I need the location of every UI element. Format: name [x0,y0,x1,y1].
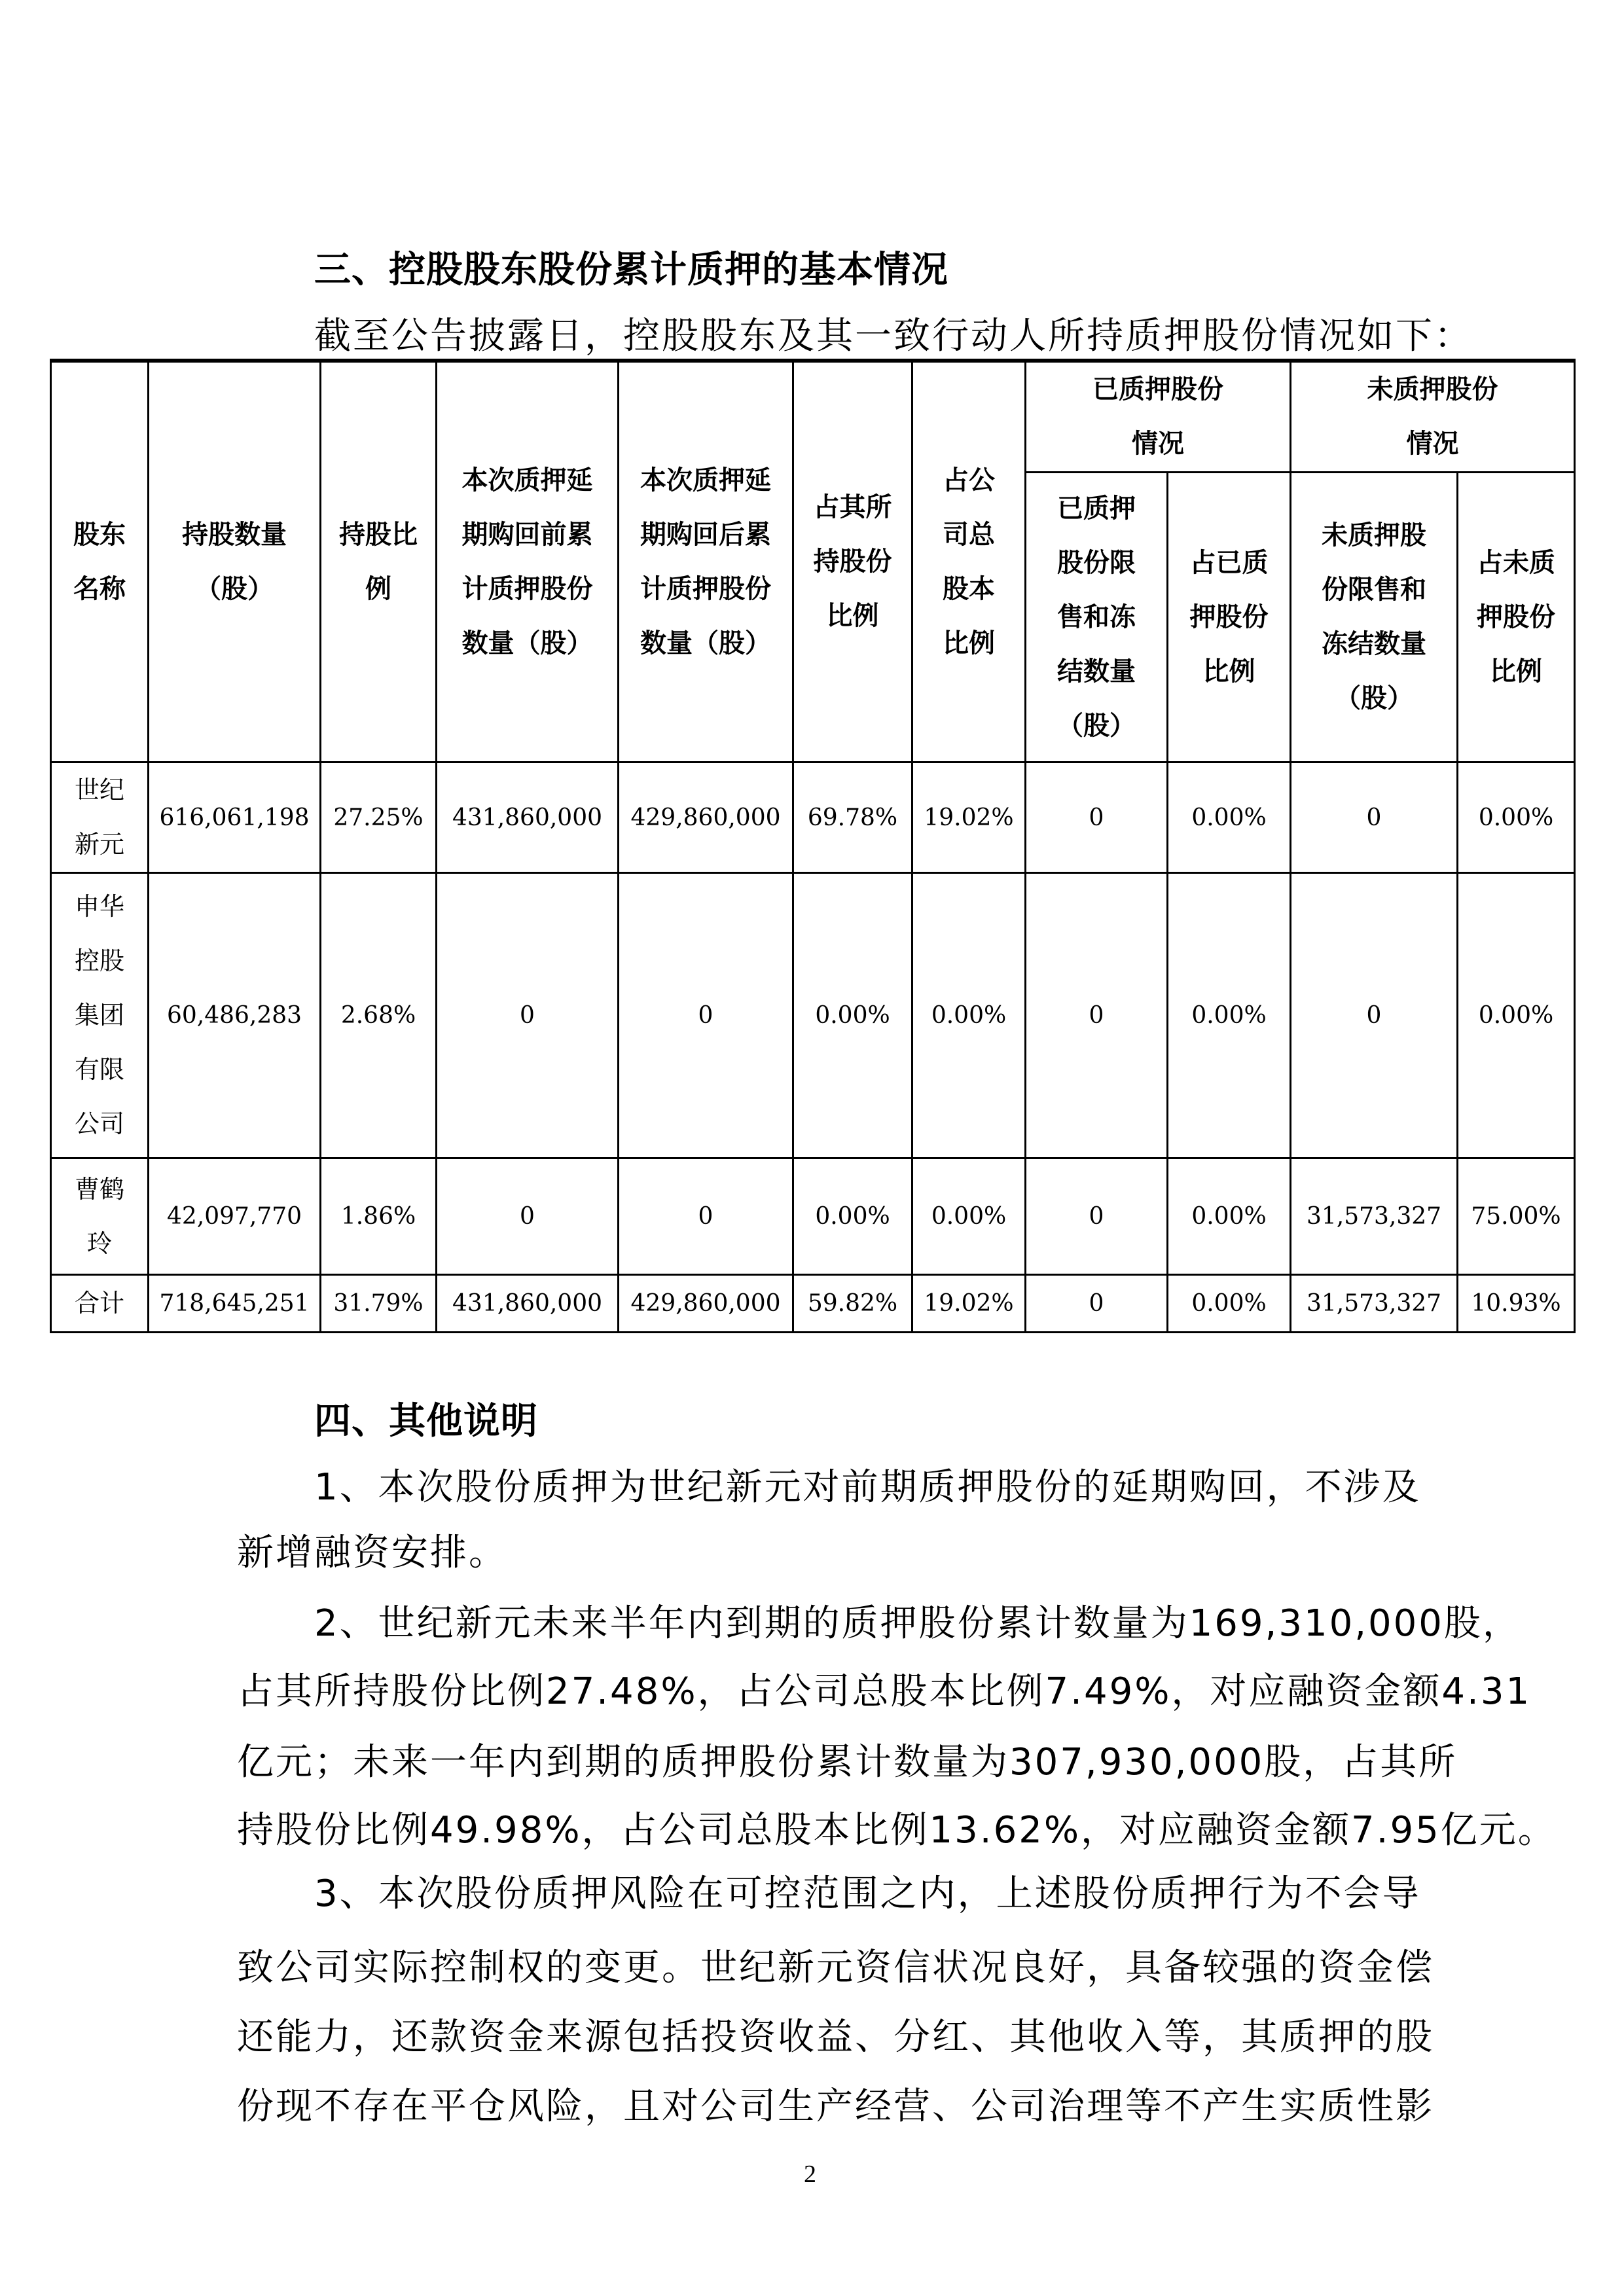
cell-unpledged-restricted: 31,573,327 [1291,1275,1458,1333]
cell-pct-of-total: 0.00% [912,873,1026,1158]
cell-pledged-ratio: 0.00% [1168,873,1291,1158]
header-pledged-before: 本次质押延期购回前累计质押股份数量（股） [437,361,619,762]
cell-pledged-before: 0 [437,873,619,1158]
header-pledged-group: 已质押股份情况 [1026,361,1291,473]
header-unpledged-ratio: 占未质押股份比例 [1458,473,1575,762]
cell-name: 申华控股集团有限公司 [51,873,149,1158]
header-pledged-after: 本次质押延期购回后累计质押股份数量（股） [619,361,793,762]
pledge-table: 股东名称 持股数量（股） 持股比例 本次质押延期购回前累计质押股份数量（股） 本… [50,359,1576,1333]
table-row: 曹鹤玲 42,097,770 1.86% 0 0 0.00% 0.00% 0 0… [51,1158,1575,1275]
cell-pct-of-own: 69.78% [793,762,912,873]
cell-name: 曹鹤玲 [51,1158,149,1275]
table-header: 股东名称 持股数量（股） 持股比例 本次质押延期购回前累计质押股份数量（股） 本… [51,361,1575,762]
cell-unpledged-restricted: 0 [1291,762,1458,873]
cell-pledged-before: 431,860,000 [437,1275,619,1333]
cell-pledged-after: 429,860,000 [619,762,793,873]
paragraph-2-line-4: 持股份比例49.98%，占公司总股本比例13.62%，对应融资金额7.95亿元。 [237,1808,1557,1854]
cell-pct-of-own: 0.00% [793,873,912,1158]
cell-pct-of-total: 0.00% [912,1158,1026,1275]
paragraph-2-line-2: 占其所持股份比例27.48%，占公司总股本比例7.49%，对应融资金额4.31 [237,1669,1531,1715]
cell-pledged-ratio: 0.00% [1168,762,1291,873]
cell-pledged-after: 0 [619,1158,793,1275]
paragraph-2-line-3: 亿元；未来一年内到期的质押股份累计数量为307,930,000股，占其所 [237,1740,1457,1785]
cell-shares-held: 718,645,251 [149,1275,321,1333]
cell-pledged-restricted: 0 [1026,1158,1168,1275]
cell-pct-of-total: 19.02% [912,762,1026,873]
cell-pct-of-own: 59.82% [793,1275,912,1333]
cell-pledged-before: 431,860,000 [437,762,619,873]
cell-holding-ratio: 1.86% [321,1158,437,1275]
cell-pledged-after: 0 [619,873,793,1158]
paragraph-2-line-1: 2、世纪新元未来半年内到期的质押股份累计数量为169,310,000股， [314,1601,1521,1647]
cell-unpledged-ratio: 0.00% [1458,873,1575,1158]
cell-pledged-restricted: 0 [1026,873,1168,1158]
section-4-heading: 四、其他说明 [314,1399,538,1444]
table-row: 世纪新元 616,061,198 27.25% 431,860,000 429,… [51,762,1575,873]
header-shares-held: 持股数量（股） [149,361,321,762]
header-unpledged-group: 未质押股份情况 [1291,361,1575,473]
cell-pledged-ratio: 0.00% [1168,1158,1291,1275]
cell-pct-of-total: 19.02% [912,1275,1026,1333]
cell-holding-ratio: 2.68% [321,873,437,1158]
header-pct-of-own: 占其所持股份比例 [793,361,912,762]
section-3-intro: 截至公告披露日，控股股东及其一致行动人所持质押股份情况如下： [314,314,1473,359]
header-unpledged-restricted: 未质押股份限售和冻结数量（股） [1291,473,1458,762]
cell-holding-ratio: 31.79% [321,1275,437,1333]
cell-pledged-restricted: 0 [1026,762,1168,873]
cell-unpledged-ratio: 75.00% [1458,1158,1575,1275]
header-pledged-restricted: 已质押股份限售和冻结数量（股） [1026,473,1168,762]
paragraph-3-line-3: 还能力，还款资金来源包括投资收益、分红、其他收入等，其质押的股 [237,2015,1434,2060]
cell-shares-held: 42,097,770 [149,1158,321,1275]
paragraph-1-line-2: 新增融资安排。 [237,1530,507,1576]
cell-shares-held: 60,486,283 [149,873,321,1158]
cell-pledged-ratio: 0.00% [1168,1275,1291,1333]
header-pledged-ratio: 占已质押股份比例 [1168,473,1291,762]
paragraph-3-line-4: 份现不存在平仓风险，且对公司生产经营、公司治理等不产生实质性影 [237,2084,1434,2130]
cell-unpledged-ratio: 10.93% [1458,1275,1575,1333]
cell-shares-held: 616,061,198 [149,762,321,873]
cell-pledged-after: 429,860,000 [619,1275,793,1333]
cell-name: 世纪新元 [51,762,149,873]
header-shareholder-name: 股东名称 [51,361,149,762]
header-holding-ratio: 持股比例 [321,361,437,762]
cell-pledged-restricted: 0 [1026,1275,1168,1333]
paragraph-1-line-1: 1、本次股份质押为世纪新元对前期质押股份的延期购回，不涉及 [314,1465,1421,1511]
table-row: 申华控股集团有限公司 60,486,283 2.68% 0 0 0.00% 0.… [51,873,1575,1158]
cell-pledged-before: 0 [437,1158,619,1275]
cell-unpledged-ratio: 0.00% [1458,762,1575,873]
section-3-heading: 三、控股股东股份累计质押的基本情况 [314,247,948,293]
cell-pct-of-own: 0.00% [793,1158,912,1275]
cell-name: 合计 [51,1275,149,1333]
table-row-total: 合计 718,645,251 31.79% 431,860,000 429,86… [51,1275,1575,1333]
cell-unpledged-restricted: 31,573,327 [1291,1158,1458,1275]
header-pct-of-total: 占公司总股本比例 [912,361,1026,762]
cell-holding-ratio: 27.25% [321,762,437,873]
paragraph-3-line-2: 致公司实际控制权的变更。世纪新元资信状况良好，具备较强的资金偿 [237,1945,1434,1991]
page-number: 2 [804,2160,816,2189]
cell-unpledged-restricted: 0 [1291,873,1458,1158]
paragraph-3-line-1: 3、本次股份质押风险在可控范围之内，上述股份质押行为不会导 [314,1871,1421,1917]
